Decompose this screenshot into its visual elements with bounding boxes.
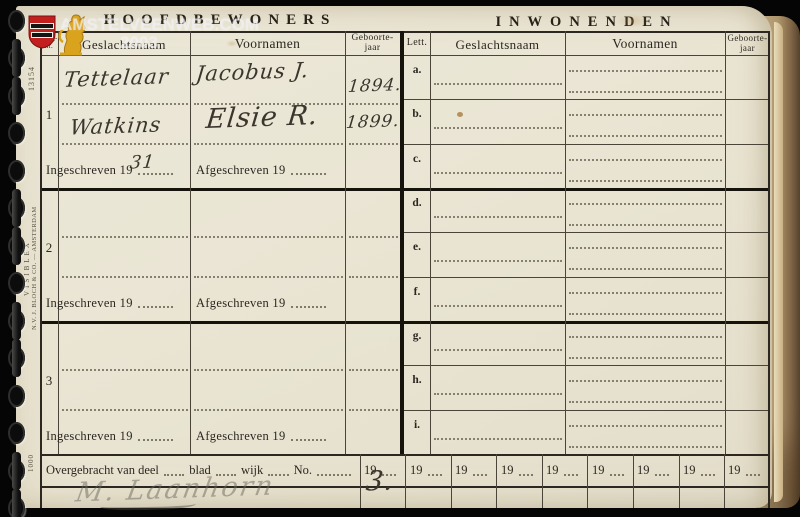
page-edge [774,22,783,502]
ingeschreven-label-row3: Ingeschreven 19 [46,427,178,444]
lett-label-b: b. [404,108,430,120]
lett-label-c: c. [404,153,430,165]
entry-geboortejaar-line1: 1894. [347,75,403,97]
row-number-2: 2 [40,240,58,256]
binding-hole [8,47,25,69]
lett-label-e: e. [404,241,430,253]
scanned-register-page: HOOFDBEWONERS INWONENDEN Volg-nr. Geslac… [0,0,800,517]
entry-geboortejaar-line2: 1899. [345,111,401,133]
binding-hole [8,197,25,219]
serial-number: 13154 [27,50,36,108]
year-cell: 19 [728,457,764,483]
ingeschreven-label-row2: Ingeschreven 19 [46,294,178,311]
col-header-voornamen-left: Voornamen [190,36,345,52]
entry-geslachtsnaam-line2: Watkins [69,112,163,139]
register-card: HOOFDBEWONERS INWONENDEN Volg-nr. Geslac… [16,6,772,508]
binding-hole [8,385,25,407]
year-cell: 19 [592,457,628,483]
year-cell: 19 [455,457,491,483]
binding-hole [8,497,25,517]
lett-label-a: a. [404,64,430,76]
afgeschreven-label-row3: Afgeschreven 19 [196,427,331,444]
afgeschreven-label-row2: Afgeschreven 19 [196,294,331,311]
col-header-voornamen-right: Voornamen [565,36,725,52]
binding-hole [8,272,25,294]
year-cell: 19 [501,457,537,483]
lett-label-f: f. [404,286,430,298]
col-header-geboortejaar-left: Geboorte-jaar [345,33,400,53]
col-header-geboortejaar-right: Geboorte-jaar [725,33,770,53]
ingeschreven-label-row1: Ingeschreven 19 [46,161,178,178]
entry-voornamen-line1: Jacobus J. [195,58,311,86]
ingeschreven-year-row1: 31 [129,152,156,174]
entry-geslachtsnaam-line1: Tettelaar [63,64,170,92]
coat-of-arms-icon [28,14,56,50]
inwonenden-title: INWONENDEN [404,14,770,31]
lett-label-d: d. [404,197,430,209]
binding-hole [8,122,25,144]
stain [457,112,463,117]
binding-hole [8,10,25,32]
afgeschreven-label-row1: Afgeschreven 19 [196,161,331,178]
col-header-geslachtsnaam-right: Geslachtsnaam [430,37,565,53]
binding-hole [8,460,25,482]
lett-label-h: h. [404,374,430,386]
year-cell: 19 [637,457,673,483]
watermark-year: 2003 [120,33,158,53]
lett-label-i: i. [404,419,430,431]
watermark-site: AMSTELVEENWEB.COM [60,15,259,35]
row-number-3: 3 [40,373,58,389]
binding-hole [8,310,25,332]
entry-voornamen-line2: Elsie R. [204,100,320,135]
row-number-1: 1 [40,107,58,123]
binding-hole [8,347,25,369]
year-cell: 19 [546,457,582,483]
written-number: 3. [364,465,395,497]
form-code: 1000 [27,446,35,480]
binding-hole [8,422,25,444]
year-cell: 19 [410,457,446,483]
binding-hole [8,160,25,182]
stain [616,14,650,28]
binding-hole [8,235,25,257]
binding-hole [8,85,25,107]
lett-label-g: g. [404,330,430,342]
printer-name: N.V. J. BLOCH & CO. — AMSTERDAM [31,202,38,334]
printer-brand: VISIBLEX [23,212,31,324]
stain [226,40,238,47]
pencil-fragment [100,497,196,511]
no-label: No. [294,463,312,478]
year-cell: 19 [683,457,719,483]
col-header-lett: Lett. [404,37,430,48]
